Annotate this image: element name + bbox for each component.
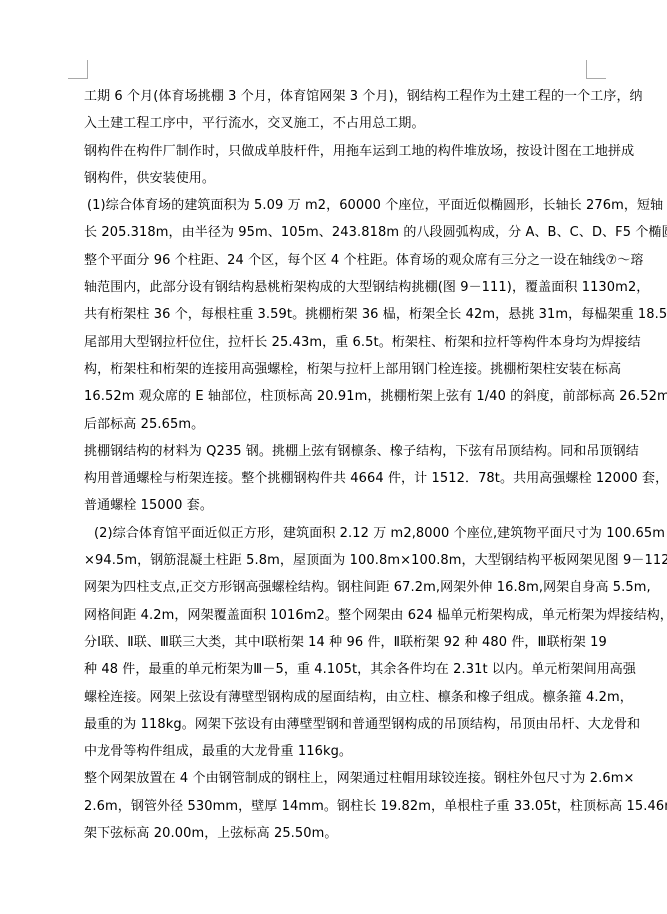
text-line: 构用普通螺栓与桁架连接。整个挑棚钢构件共 4664 件，计 1512．78t。共…	[84, 465, 594, 492]
text-line: 钢构件在构件厂制作时，只做成单肢杆件，用拖车运到工地的构件堆放场，按设计图在工地…	[84, 138, 594, 165]
document-body: 工期 6 个月(体育场挑棚 3 个月，体育馆网架 3 个月)，钢结构工程作为土建…	[84, 83, 594, 847]
paragraph: 钢构件在构件厂制作时，只做成单肢杆件，用拖车运到工地的构件堆放场，按设计图在工地…	[84, 138, 594, 193]
paragraph: 工期 6 个月(体育场挑棚 3 个月，体育馆网架 3 个月)，钢结构工程作为土建…	[84, 83, 594, 138]
text-line: 网格间距 4.2m，网架覆盖面积 1016m2。整个网架由 624 榀单元桁架构…	[84, 602, 594, 629]
text-line: 构，桁架柱和桁架的连接用高强螺栓，桁架与拉杆上部用钢门栓连接。挑棚桁架柱安装在标…	[84, 356, 594, 383]
text-line: 中龙骨等构件组成，最重的大龙骨重 116kg。	[84, 738, 594, 765]
paragraph: 整个网架放置在 4 个由钢管制成的钢柱上，网架通过柱帽用球铰连接。钢柱外包尺寸为…	[84, 765, 594, 847]
text-line: (2)综合体育馆平面近似正方形，建筑面积 2.12 万 m2,8000 个座位,…	[84, 520, 594, 547]
text-line: 最重的为 118kg。网架下弦设有由薄壁型钢和普通型钢构成的吊顶结构，吊顶由吊杆…	[84, 711, 594, 738]
text-boundary-mark-top-right	[586, 60, 606, 79]
text-line: 16.52m 观众席的 E 轴部位，柱顶标高 20.91m，挑棚桁架上弦有 1/…	[84, 383, 594, 410]
text-line: 后部标高 25.65m。	[84, 411, 594, 438]
document-page: 工期 6 个月(体育场挑棚 3 个月，体育馆网架 3 个月)，钢结构工程作为土建…	[0, 0, 667, 914]
text-line: 普通螺栓 15000 套。	[84, 492, 594, 519]
text-line: 尾部用大型钢拉杆位住，拉杆长 25.43m，重 6.5t。桁架柱、桁架和拉杆等构…	[84, 329, 594, 356]
text-line: 挑棚钢结构的材料为 Q235 钢。挑棚上弦有钢檩条、橡子结构，下弦有吊顶结构。同…	[84, 438, 594, 465]
text-line: ×94.5m，钢筋混凝土柱距 5.8m，屋顶面为 100.8m×100.8m，大…	[84, 547, 594, 574]
text-line: 长 205.318m，由半径为 95m、105m、243.818m 的八段圆弧构…	[84, 219, 594, 246]
text-line: 种 48 件，最重的单元桁架为Ⅲ－5，重 4.105t，其余各件均在 2.31t…	[84, 656, 594, 683]
paragraph: (1)综合体育场的建筑面积为 5.09 万 m2，60000 个座位，平面近似椭…	[84, 192, 594, 438]
text-line: 螺栓连接。网架上弦设有薄壁型钢构成的屋面结构，由立柱、檩条和橡子组成。檩条箍 4…	[84, 684, 594, 711]
text-line: 分Ⅰ联、Ⅱ联、Ⅲ联三大类，其中Ⅰ联桁架 14 种 96 件，Ⅱ联桁架 92 种 …	[84, 629, 594, 656]
text-line: (1)综合体育场的建筑面积为 5.09 万 m2，60000 个座位，平面近似椭…	[84, 192, 594, 219]
text-boundary-mark-top-left	[68, 60, 88, 79]
text-line: 入土建工程工序中，平行流水，交叉施工，不占用总工期。	[84, 110, 594, 137]
paragraph: 挑棚钢结构的材料为 Q235 钢。挑棚上弦有钢檩条、橡子结构，下弦有吊顶结构。同…	[84, 438, 594, 520]
text-line: 整个平面分 96 个柱距、24 个区，每个区 4 个柱距。体育场的观众席有三分之…	[84, 247, 594, 274]
paragraph: (2)综合体育馆平面近似正方形，建筑面积 2.12 万 m2,8000 个座位,…	[84, 520, 594, 766]
text-line: 网架为四柱支点,正交方形钢高强螺栓结构。钢柱间距 67.2m,网架外伸 16.8…	[84, 574, 594, 601]
text-line: 架下弦标高 20.00m，上弦标高 25.50m。	[84, 820, 594, 847]
text-line: 钢构件，供安装使用。	[84, 165, 594, 192]
text-line: 整个网架放置在 4 个由钢管制成的钢柱上，网架通过柱帽用球铰连接。钢柱外包尺寸为…	[84, 765, 594, 792]
text-line: 2.6m，钢管外径 530mm，壁厚 14mm。钢柱长 19.82m，单根柱子重…	[84, 793, 594, 820]
text-line: 共有桁架柱 36 个，每根柱重 3.59t。挑棚桁架 36 榀，桁架全长 42m…	[84, 301, 594, 328]
text-line: 轴范围内，此部分设有钢结构悬桃桁架构成的大型钢结构挑棚(图 9－111)，覆盖面…	[84, 274, 594, 301]
text-line: 工期 6 个月(体育场挑棚 3 个月，体育馆网架 3 个月)，钢结构工程作为土建…	[84, 83, 594, 110]
